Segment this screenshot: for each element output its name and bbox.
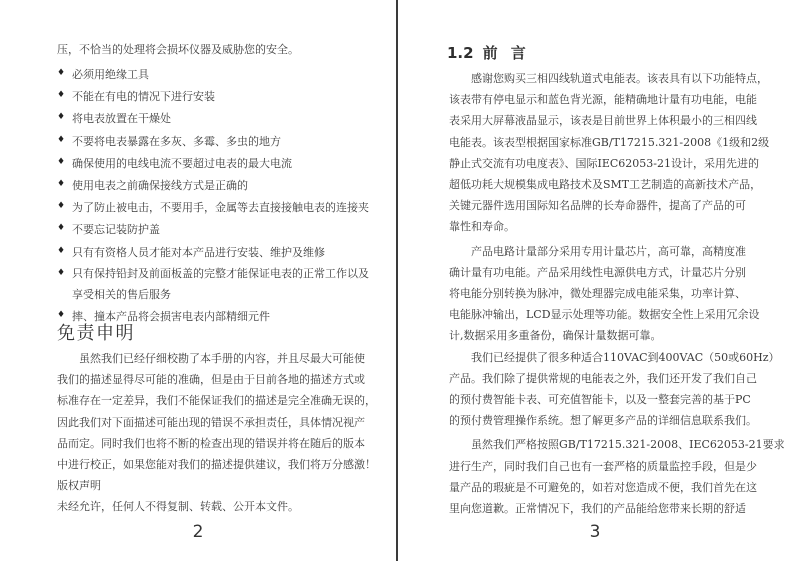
disclaimer-paragraph: 虽然我们已经仔细校勘了本手册的内容，并且尽最大可能使 我们的描述显得尽可能的准确… — [57, 348, 389, 518]
body-paragraph: 感谢您购买三相四线轨道式电能表。该表具有以下功能特点， 该表带有停电显示和蓝色背… — [449, 68, 769, 238]
text-line: 进行生产，同时我们自己也有一套严格的质量监控手段，但是少 — [449, 456, 769, 477]
text-line: 因此我们对下面描述可能出现的错误不承担责任，具体情况视产 — [57, 412, 389, 433]
bullet-item: ♦ 将电表放置在干燥处 — [57, 107, 389, 129]
section-heading: 1.2前 言 — [447, 42, 530, 63]
bullet-text: 不要忘记装防护盖 — [72, 223, 160, 236]
bullet-text: 为了防止被电击，不要用手，金属等去直接接触电表的连接夹 — [72, 201, 369, 214]
manual-page-left: 压，不恰当的处理将会损坏仪器及威胁您的安全。 ♦ 必须用绝缘工具 ♦ 不能在有电… — [0, 0, 396, 561]
diamond-bullet-icon: ♦ — [57, 218, 72, 239]
section-title: 前 言 — [483, 44, 530, 62]
text-line: 虽然我们已经仔细校勘了本手册的内容，并且尽最大可能使 — [57, 348, 389, 369]
body-paragraph: 产品电路计量部分采用专用计量芯片，高可靠，高精度准 确计量有功电能。产品采用线性… — [449, 241, 769, 347]
text-line: 电能脉冲输出，LCD显示处理等功能。数据安全性上采用冗余设 — [449, 304, 769, 325]
disclaimer-heading: 免责申明 — [57, 319, 135, 345]
manual-page-right: 1.2前 言 感谢您购买三相四线轨道式电能表。该表具有以下功能特点， 该表带有停… — [398, 0, 792, 561]
safety-bullet-list: ♦ 必须用绝缘工具 ♦ 不能在有电的情况下进行安装 ♦ 将电表放置在干燥处 ♦ … — [57, 63, 389, 327]
bullet-text: 必须用绝缘工具 — [72, 68, 149, 81]
copyright-heading: 版权声明 — [57, 475, 389, 496]
bullet-text: 不要将电表暴露在多灰、多霉、多虫的地方 — [72, 135, 281, 148]
text-line: 标准存在一定差异，我们不能保证我们的描述是完全准确无误的， — [57, 390, 389, 411]
bullet-item: ♦ 确保使用的电线电流不要超过电表的最大电流 — [57, 152, 389, 174]
bullet-text: 确保使用的电线电流不要超过电表的最大电流 — [72, 157, 292, 170]
diamond-bullet-icon: ♦ — [57, 152, 72, 173]
manual-spread: 压，不恰当的处理将会损坏仪器及威胁您的安全。 ♦ 必须用绝缘工具 ♦ 不能在有电… — [0, 0, 792, 561]
text-line: 超低功耗大规模集成电路技术及SMT工艺制造的高新技术产品， — [449, 174, 769, 195]
text-line: 虽然我们严格按照GB/T17215.321-2008、IEC62053-21要求 — [449, 434, 769, 455]
text-line: 确计量有功电能。产品采用线性电源供电方式，计量芯片分别 — [449, 262, 769, 283]
bullet-text: 使用电表之前确保接线方式是正确的 — [72, 179, 248, 192]
text-line: 将电能分别转换为脉冲，微处理器完成电能采集，功率计算、 — [449, 283, 769, 304]
bullet-item: ♦ 不要忘记装防护盖 — [57, 218, 389, 240]
body-paragraph: 我们已经提供了很多种适合110VAC到400VAC（50或60Hz） 产品。我们… — [449, 347, 769, 432]
text-line: 我们的描述显得尽可能的准确，但是由于目前各地的描述方式或 — [57, 369, 389, 390]
text-line: 关键元器件选用国际知名品牌的长寿命器件，提高了产品的可 — [449, 195, 769, 216]
diamond-bullet-icon: ♦ — [57, 196, 72, 217]
text-line: 靠性和寿命。 — [449, 216, 769, 237]
text-line: 品而定。同时我们也将不断的检查出现的错误并将在随后的版本 — [57, 433, 389, 454]
bullet-text-continuation: 享受相关的售后服务 — [72, 284, 369, 305]
bullet-item: ♦ 使用电表之前确保接线方式是正确的 — [57, 174, 389, 196]
bullet-item: ♦ 不要将电表暴露在多灰、多霉、多虫的地方 — [57, 130, 389, 152]
text-line: 静止式交流有功电度表》、国际IEC62053-21设计，采用先进的 — [449, 153, 769, 174]
text-line: 中进行校正，如果您能对我们的描述提供建议，我们将万分感激！ — [57, 454, 389, 475]
paragraph-continuation: 压，不恰当的处理将会损坏仪器及威胁您的安全。 — [57, 39, 299, 60]
section-number: 1.2 — [447, 44, 474, 62]
diamond-bullet-icon: ♦ — [57, 107, 72, 128]
bullet-text: 将电表放置在干燥处 — [72, 112, 171, 125]
page-number-right: 3 — [398, 522, 792, 542]
foreword-body: 感谢您购买三相四线轨道式电能表。该表具有以下功能特点， 该表带有停电显示和蓝色背… — [449, 68, 769, 519]
text-line: 的预付费管理操作系统。想了解更多产品的详细信息联系我们。 — [449, 410, 769, 431]
bullet-item: ♦ 只有有资格人员才能对本产品进行安装、维护及维修 — [57, 241, 389, 263]
bullet-item: ♦ 必须用绝缘工具 — [57, 63, 389, 85]
bullet-text: 只有有资格人员才能对本产品进行安装、维护及维修 — [72, 246, 325, 259]
text-line: 表采用大屏幕液晶显示，该表是目前世界上体积最小的三相四线 — [449, 110, 769, 131]
text-line: 计,数据采用多重备份，确保计量数据可靠。 — [449, 325, 769, 346]
text-line: 里向您道歉。正常情况下，我们的产品能给您带来长期的舒适 — [449, 498, 769, 519]
bullet-text: 只有保持铅封及前面板盖的完整才能保证电表的正常工作以及 — [72, 263, 369, 284]
diamond-bullet-icon: ♦ — [57, 85, 72, 106]
bullet-item: ♦ 不能在有电的情况下进行安装 — [57, 85, 389, 107]
copyright-text: 未经允许，任何人不得复制、转载、公开本文件。 — [57, 496, 389, 517]
bullet-text: 不能在有电的情况下进行安装 — [72, 90, 215, 103]
page-number-left: 2 — [0, 522, 396, 542]
diamond-bullet-icon: ♦ — [57, 241, 72, 262]
bullet-item: ♦ 为了防止被电击，不要用手，金属等去直接接触电表的连接夹 — [57, 196, 389, 218]
text-line: 我们已经提供了很多种适合110VAC到400VAC（50或60Hz） — [449, 347, 769, 368]
body-paragraph: 虽然我们严格按照GB/T17215.321-2008、IEC62053-21要求… — [449, 434, 769, 519]
text-line: 该表带有停电显示和蓝色背光源，能精确地计量有功电能，电能 — [449, 89, 769, 110]
diamond-bullet-icon: ♦ — [57, 130, 72, 151]
text-line: 产品电路计量部分采用专用计量芯片，高可靠，高精度准 — [449, 241, 769, 262]
bullet-item: ♦ 只有保持铅封及前面板盖的完整才能保证电表的正常工作以及 享受相关的售后服务 — [57, 263, 389, 305]
diamond-bullet-icon: ♦ — [57, 174, 72, 195]
text-line: 产品。我们除了提供常规的电能表之外，我们还开发了我们自己 — [449, 368, 769, 389]
diamond-bullet-icon: ♦ — [57, 263, 72, 284]
text-line: 电能表。该表型根据国家标准GB/T17215.321-2008《1级和2级 — [449, 132, 769, 153]
text-line: 的预付费智能卡表、可充值智能卡，以及一整套完善的基于PC — [449, 389, 769, 410]
diamond-bullet-icon: ♦ — [57, 63, 72, 84]
text-line: 量产品的瑕疵是不可避免的，如若对您造成不便，我们首先在这 — [449, 477, 769, 498]
text-line: 感谢您购买三相四线轨道式电能表。该表具有以下功能特点， — [449, 68, 769, 89]
